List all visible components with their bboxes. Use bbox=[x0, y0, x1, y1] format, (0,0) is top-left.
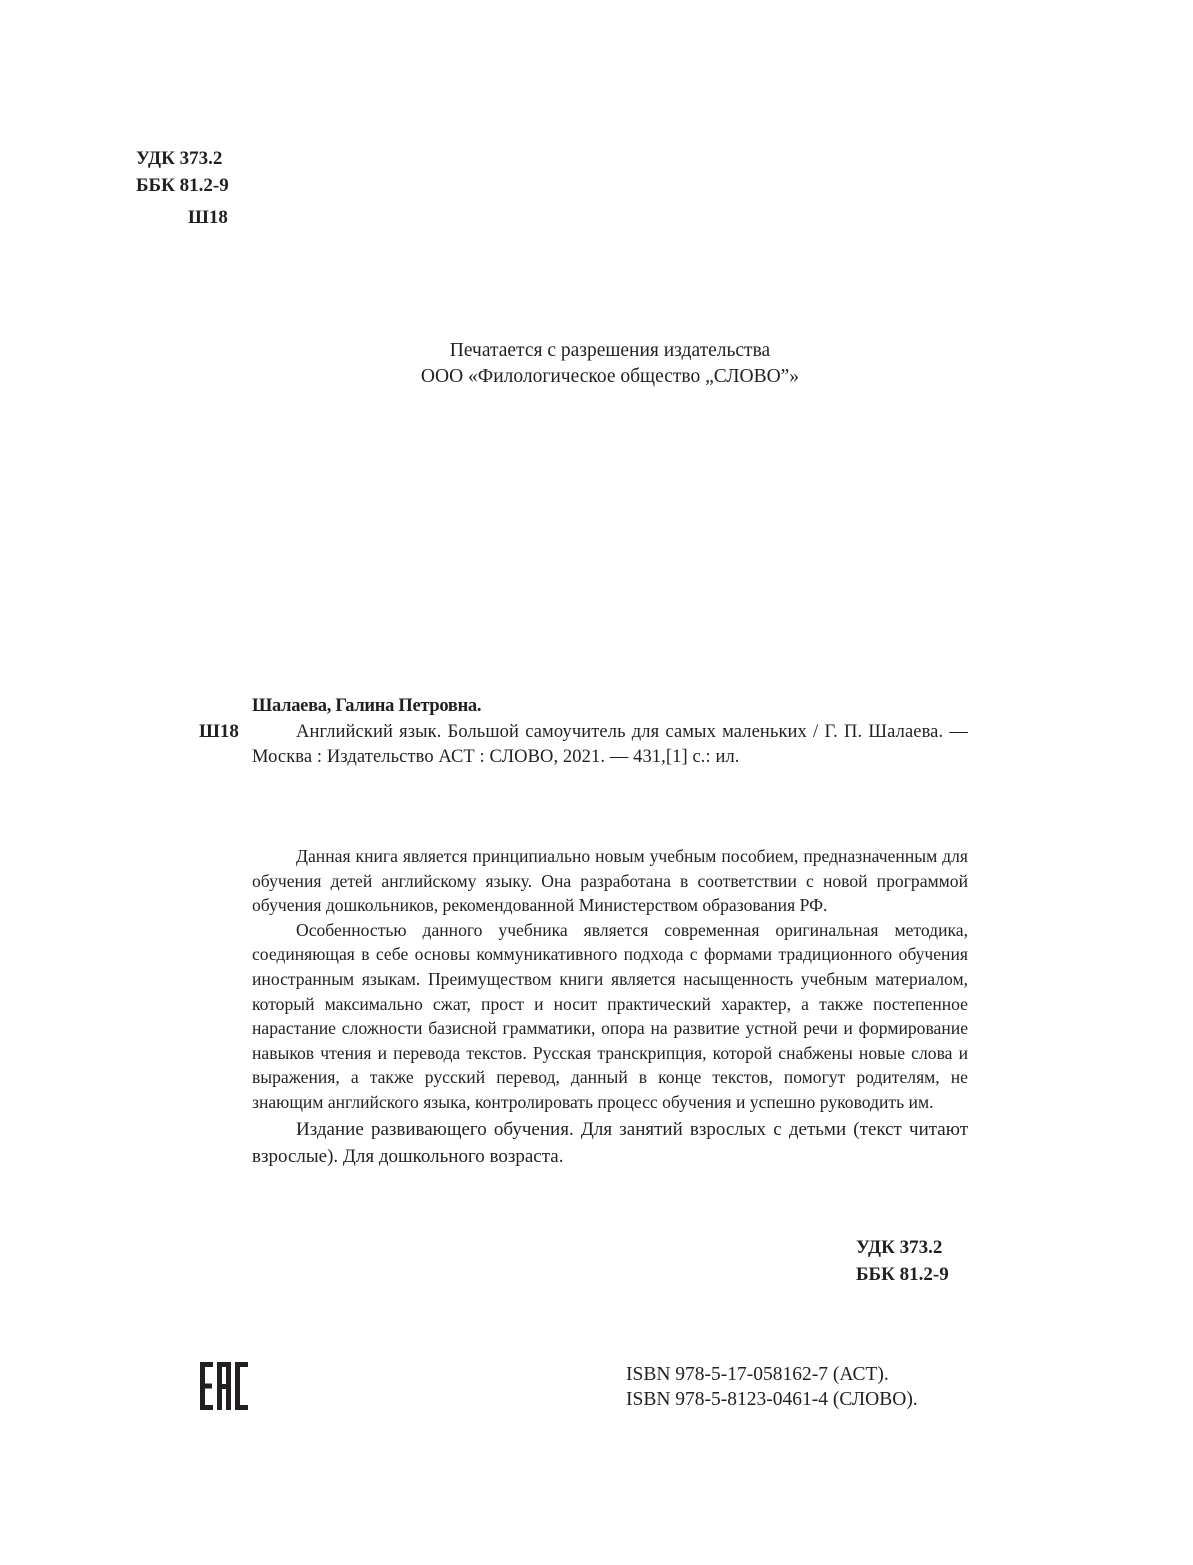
isbn-slovo: ISBN 978-5-8123-0461-4 (СЛОВО). bbox=[626, 1387, 918, 1412]
udc-code: УДК 373.2 bbox=[136, 145, 229, 172]
eac-mark-icon bbox=[200, 1362, 248, 1410]
author-heading: Шалаева, Галина Петровна. bbox=[252, 694, 481, 718]
isbn-ast: ISBN 978-5-17-058162-7 (АСТ). bbox=[626, 1362, 918, 1387]
classification-top: УДК 373.2 ББК 81.2-9 Ш18 bbox=[136, 145, 229, 231]
udc-code-bottom: УДК 373.2 bbox=[856, 1234, 949, 1261]
annotation-paragraph: Особенностью данного учебника является с… bbox=[252, 918, 968, 1115]
annotation: Данная книга является принципиально новы… bbox=[252, 844, 968, 1170]
bibliographic-description: Английский язык. Большой самоучитель для… bbox=[252, 720, 968, 770]
bbk-code-bottom: ББК 81.2-9 bbox=[856, 1261, 949, 1288]
classification-bottom: УДК 373.2 ББК 81.2-9 bbox=[856, 1234, 949, 1288]
bib-cutter-code: Ш18 bbox=[199, 720, 239, 744]
annotation-paragraph: Данная книга является принципиально новы… bbox=[252, 844, 968, 918]
publishing-permission: Печатается с разрешения издательства ООО… bbox=[380, 338, 840, 390]
permission-line-2: ООО «Филологическое общество „СЛОВО”» bbox=[380, 364, 840, 390]
cutter-code: Ш18 bbox=[136, 204, 229, 231]
isbn-block: ISBN 978-5-17-058162-7 (АСТ). ISBN 978-5… bbox=[626, 1362, 918, 1412]
permission-line-1: Печатается с разрешения издательства bbox=[380, 338, 840, 364]
bbk-code: ББК 81.2-9 bbox=[136, 172, 229, 199]
age-note: Издание развивающего обучения. Для занят… bbox=[252, 1116, 968, 1170]
